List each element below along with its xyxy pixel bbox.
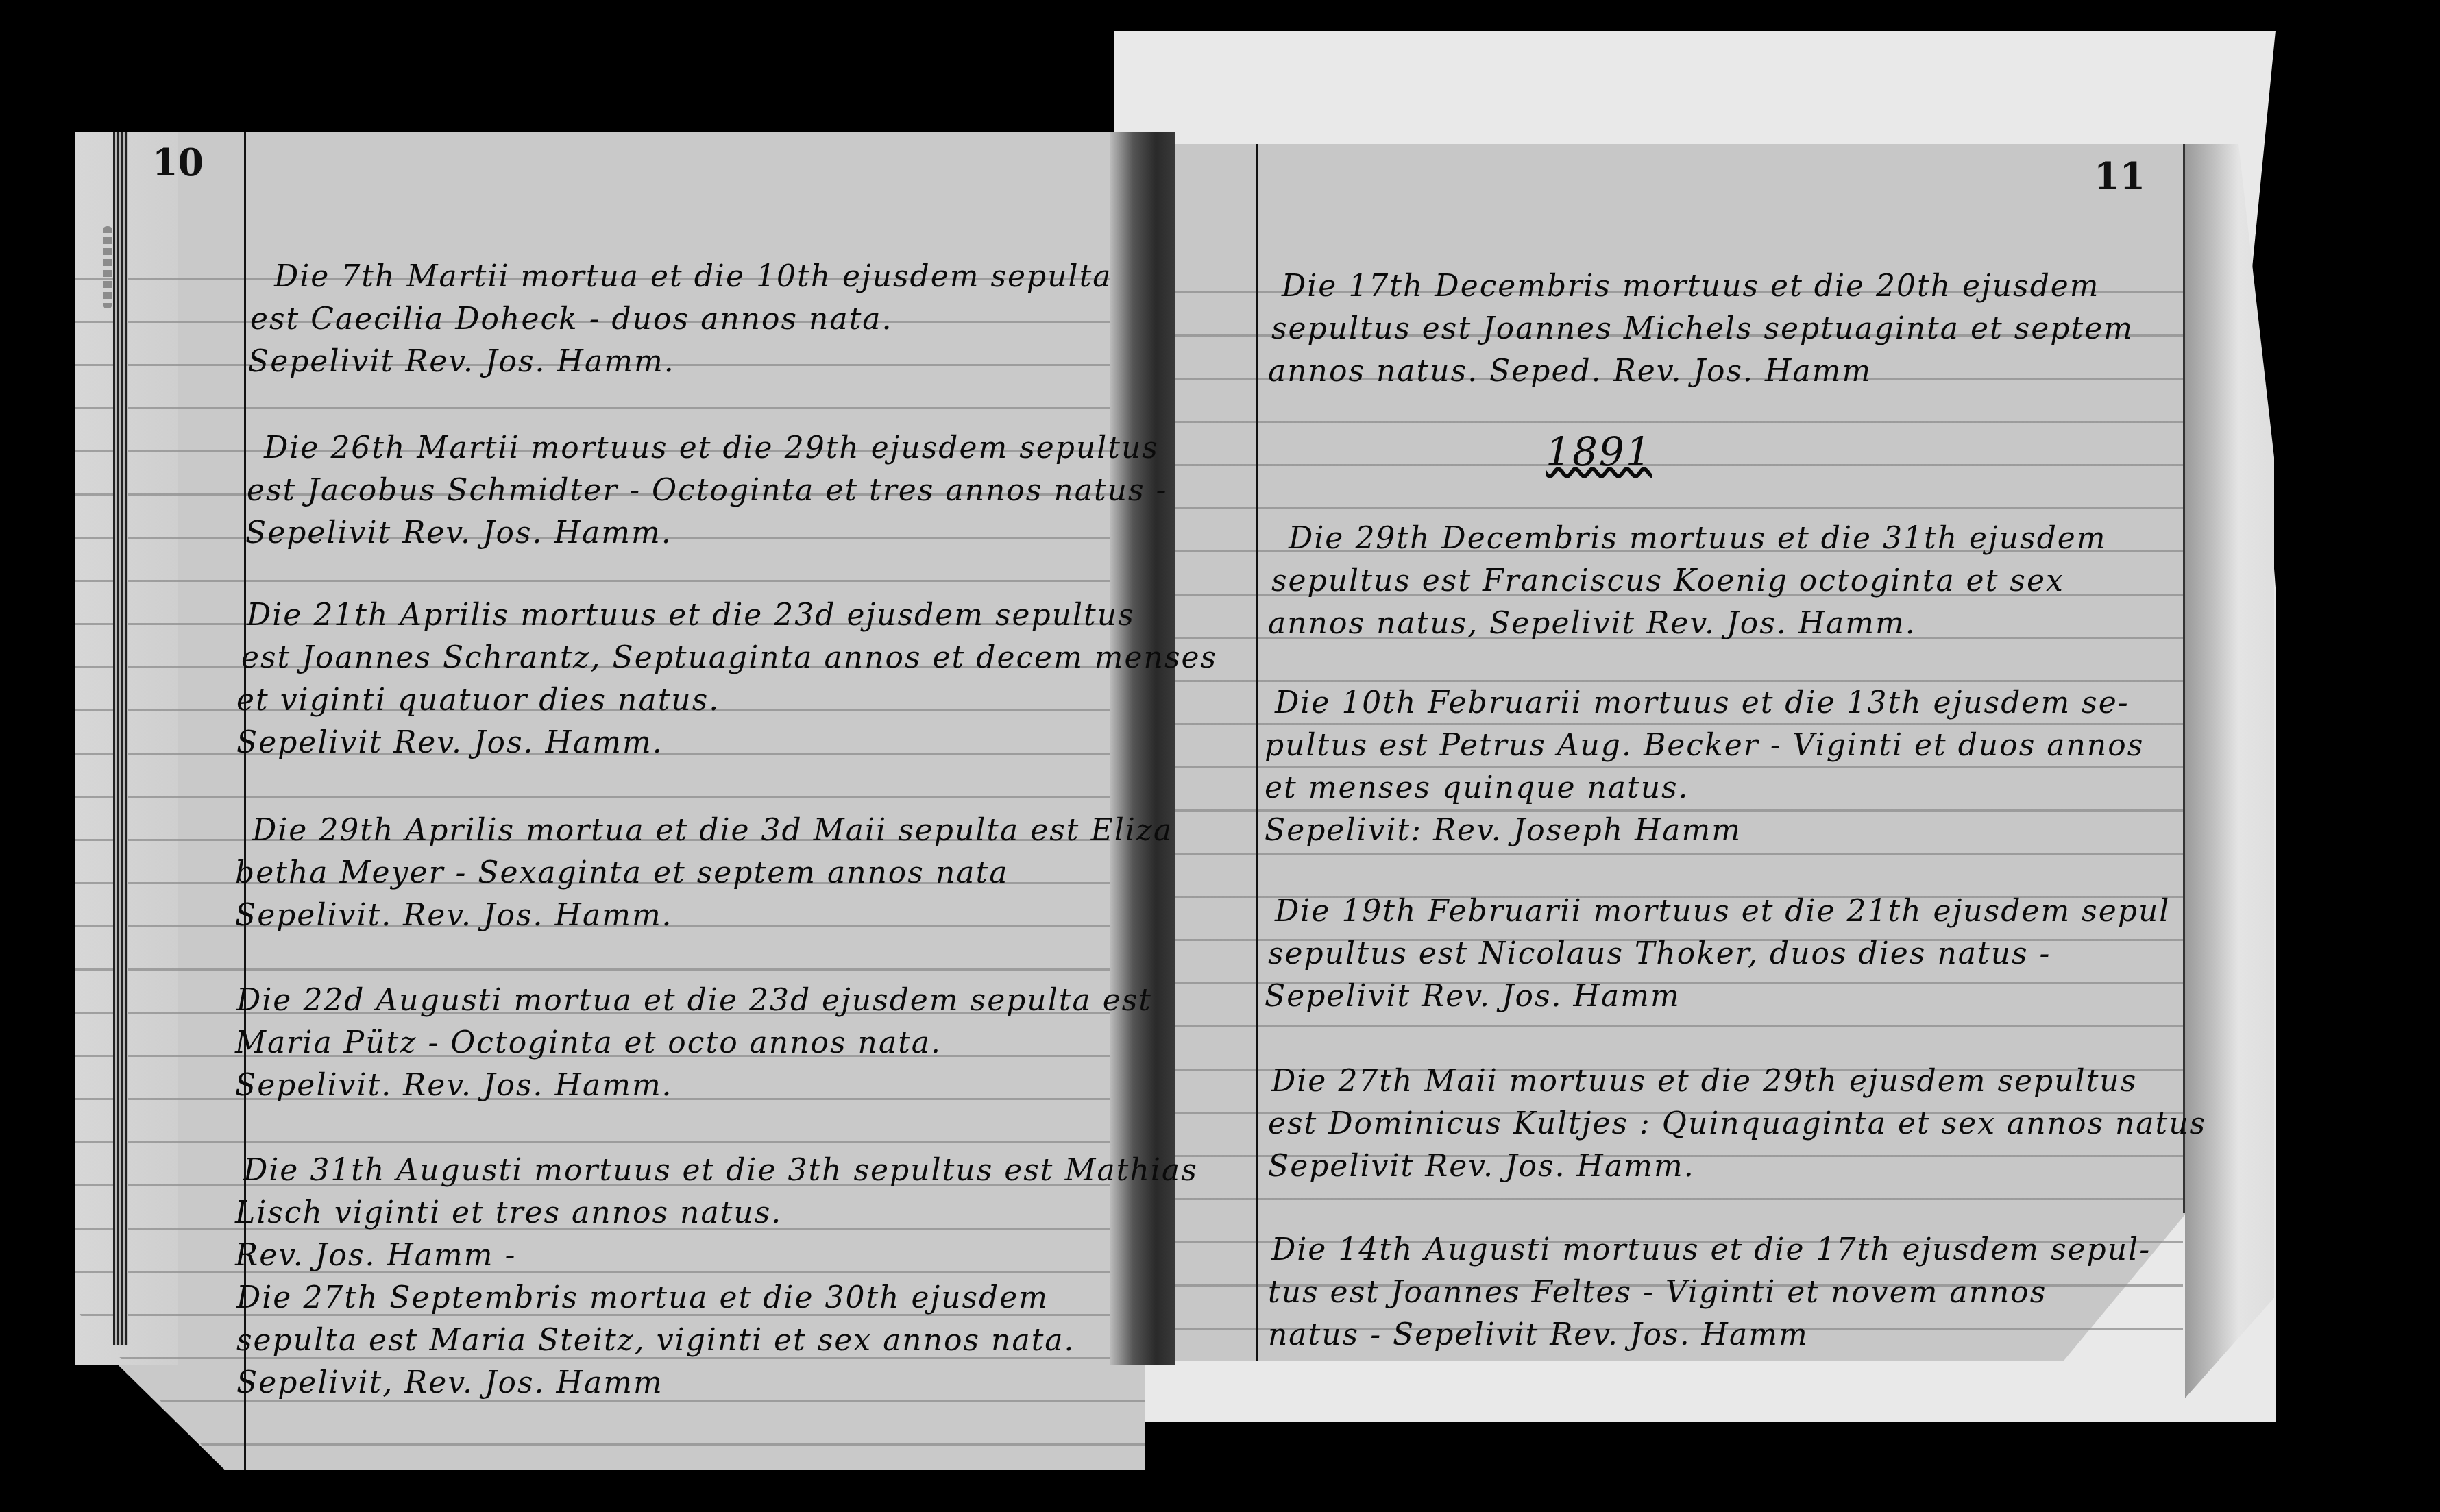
entry-line: est Joannes Schrantz, Septuaginta annos … [241, 640, 1217, 675]
entry-line: Die 22d Augusti mortua et die 23d ejusde… [236, 983, 1152, 1018]
entry-line: Sepelivit. Rev. Jos. Hamm. [235, 1068, 673, 1103]
entry-line: sepulta est Maria Steitz, viginti et sex… [236, 1323, 1075, 1358]
entry-line: est Dominicus Kultjes : Quinquaginta et … [1268, 1106, 2206, 1141]
page-number-left: 10 [152, 141, 204, 184]
entry-line: et menses quinque natus. [1265, 770, 1689, 805]
entry-line: Lisch viginti et tres annos natus. [235, 1195, 782, 1230]
entry-line: annos natus, Sepelivit Rev. Jos. Hamm. [1268, 606, 1916, 641]
entry-line: sepultus est Franciscus Koenig octoginta… [1271, 563, 2064, 598]
page-number-right: 11 [2094, 154, 2145, 198]
entry-line: est Caecilia Doheck - duos annos nata. [250, 302, 893, 337]
right-page-border [2183, 144, 2185, 1213]
entry-line: Die 29th Aprilis mortua et die 3d Maii s… [252, 813, 1173, 848]
entry-line: Sepelivit. Rev. Jos. Hamm. [235, 898, 673, 933]
entry-line: Die 29th Decembris mortuus et die 31th e… [1289, 521, 2107, 556]
entry-line: Sepelivit Rev. Jos. Hamm. [245, 515, 672, 550]
entry-line: est Jacobus Schmidter - Octoginta et tre… [247, 473, 1167, 508]
entry-line: tus est Joannes Feltes - Viginti et nove… [1268, 1275, 2047, 1310]
entry-line: betha Meyer - Sexaginta et septem annos … [235, 855, 1008, 890]
entry-line: annos natus. Seped. Rev. Jos. Hamm [1268, 354, 1872, 389]
entry-line: Die 27th Septembris mortua et die 30th e… [236, 1280, 1049, 1315]
entry-line: Die 7th Martii mortua et die 10th ejusde… [274, 259, 1112, 294]
entry-line: pultus est Petrus Aug. Becker - Viginti … [1265, 728, 2144, 763]
right-margin-line [1256, 144, 1258, 1361]
entry-line: Sepelivit, Rev. Jos. Hamm [236, 1365, 663, 1400]
entry-line: sepultus est Nicolaus Thoker, duos dies … [1268, 936, 2051, 971]
year-heading: 1891 [1546, 428, 1652, 475]
entry-line: Die 26th Martii mortuus et die 29th ejus… [264, 430, 1159, 465]
entry-line: Rev. Jos. Hamm - [235, 1238, 516, 1273]
entry-line: Sepelivit Rev. Jos. Hamm. [236, 725, 663, 760]
entry-line: Die 19th Februarii mortuus et die 21th e… [1275, 894, 2170, 929]
right-page-ruled-lines [1175, 250, 2183, 1361]
entry-line: Die 27th Maii mortuus et die 29th ejusde… [1271, 1064, 2137, 1099]
entry-line: Maria Pütz - Octoginta et octo annos nat… [235, 1025, 942, 1060]
entry-line: Sepelivit Rev. Jos. Hamm. [1268, 1149, 1695, 1184]
entry-line: Sepelivit Rev. Jos. Hamm. [248, 344, 675, 379]
entry-line: Die 31th Augusti mortuus et die 3th sepu… [243, 1153, 1198, 1188]
entry-line: natus - Sepelivit Rev. Jos. Hamm [1268, 1317, 1809, 1352]
entry-line: et viginti quatuor dies natus. [236, 683, 720, 718]
entry-line: Die 21th Aprilis mortuus et die 23d ejus… [247, 598, 1135, 633]
binding-stitch-marks [103, 226, 112, 308]
entry-line: Die 10th Februarii mortuus et die 13th e… [1275, 685, 2130, 720]
entry-line: Die 17th Decembris mortuus et die 20th e… [1282, 269, 2100, 304]
binding-rules [113, 132, 128, 1345]
entry-line: Die 14th Augusti mortuus et die 17th eju… [1271, 1232, 2151, 1267]
entry-line: Sepelivit Rev. Jos. Hamm [1265, 979, 1681, 1014]
loose-sheet-edge [2185, 144, 2274, 1398]
entry-line: sepultus est Joannes Michels septuaginta… [1271, 311, 2134, 346]
entry-line: Sepelivit: Rev. Joseph Hamm [1265, 813, 1742, 848]
